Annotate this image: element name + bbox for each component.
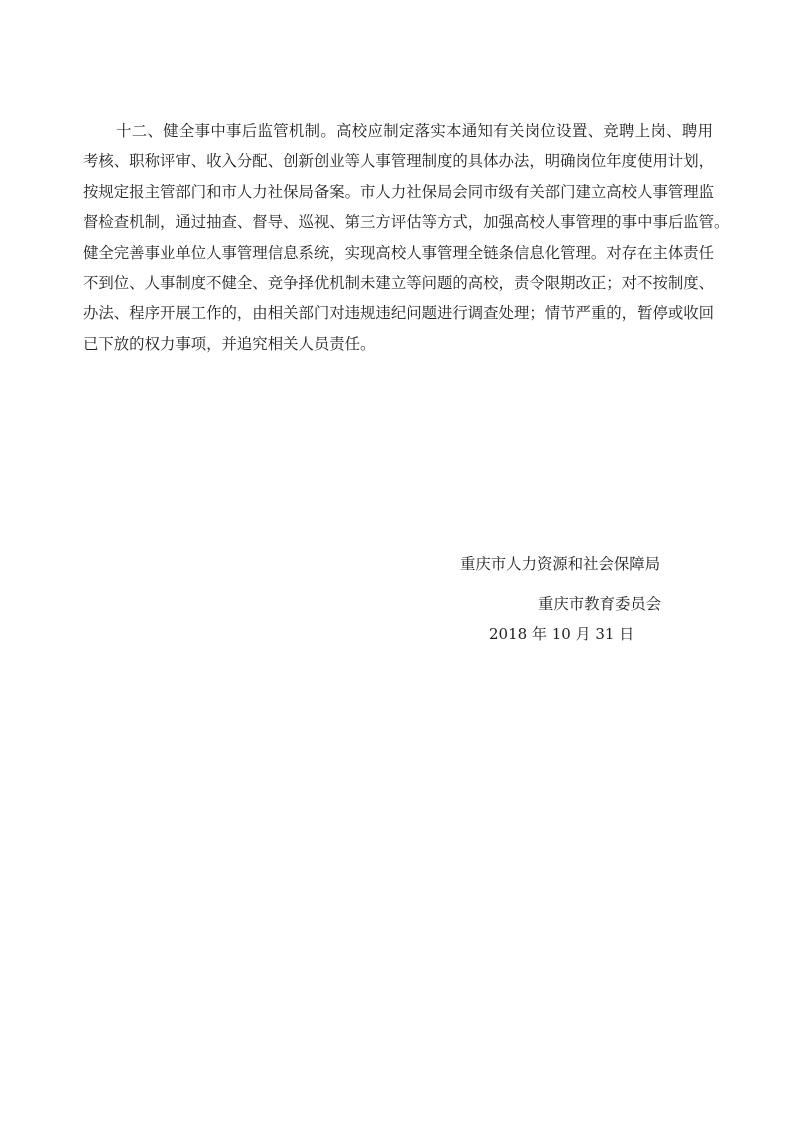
section-paragraph: 十二、健全事中事后监管机制。高校应制定落实本通知有关岗位设置、竞聘上岗、聘用 考… <box>83 116 713 359</box>
paragraph-line: 十二、健全事中事后监管机制。高校应制定落实本通知有关岗位设置、竞聘上岗、聘用 <box>83 116 713 146</box>
issue-date: 2018 年 10 月 31 日 <box>489 624 634 644</box>
issuer-hrss-bureau: 重庆市人力资源和社会保障局 <box>460 554 660 574</box>
paragraph-line: 已下放的权力事项，并追究相关人员责任。 <box>83 329 713 359</box>
paragraph-line: 健全完善事业单位人事管理信息系统，实现高校人事管理全链条信息化管理。对存在主体责… <box>83 238 713 268</box>
issuer-education-commission: 重庆市教育委员会 <box>538 594 661 614</box>
paragraph-line: 按规定报主管部门和市人力社保局备案。市人力社保局会同市级有关部门建立高校人事管理… <box>83 177 713 207</box>
paragraph-line: 考核、职称评审、收入分配、创新创业等人事管理制度的具体办法，明确岗位年度使用计划… <box>83 146 713 176</box>
paragraph-line: 不到位、人事制度不健全、竞争择优机制未建立等问题的高校，责令限期改正；对不按制度… <box>83 268 713 298</box>
document-page: 十二、健全事中事后监管机制。高校应制定落实本通知有关岗位设置、竞聘上岗、聘用 考… <box>0 0 793 1122</box>
paragraph-line: 督检查机制，通过抽查、督导、巡视、第三方评估等方式，加强高校人事管理的事中事后监… <box>83 207 713 237</box>
paragraph-line: 办法、程序开展工作的，由相关部门对违规违纪问题进行调查处理；情节严重的，暂停或收… <box>83 298 713 328</box>
